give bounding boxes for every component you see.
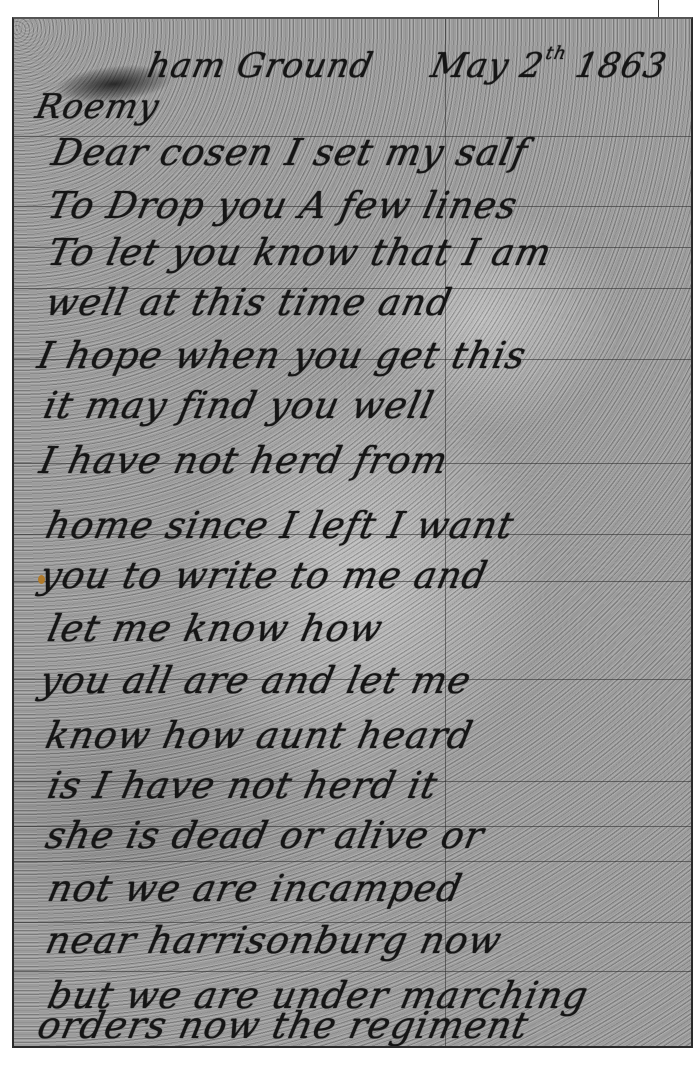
heading-month: May <box>427 46 513 86</box>
body-line: you to write to me and <box>36 554 492 597</box>
body-line: orders now the regiment <box>34 1004 533 1047</box>
body-line: home since I left I want <box>42 504 518 547</box>
ruled-line <box>14 971 691 972</box>
page-corner-mark <box>658 0 659 18</box>
ruled-line <box>14 861 691 862</box>
body-line: you all are and let me <box>36 659 475 702</box>
body-line: know how aunt heard <box>42 714 477 757</box>
heading-day-suffix: th <box>544 43 569 64</box>
heading-place: ham Ground <box>144 46 377 86</box>
body-line: Dear cosen I set my salf <box>48 131 532 174</box>
body-line: To Drop you A few lines <box>44 184 522 227</box>
body-line: I have not herd from <box>36 439 452 482</box>
heading-day: 2 <box>516 46 547 86</box>
body-line: To let you know that I am <box>44 231 556 274</box>
body-line: is I have not herd it <box>44 764 442 807</box>
heading-second-line: Roemy <box>32 87 163 127</box>
letter-page: ham Ground May 2th 1863 Roemy Dear cosen… <box>12 17 693 1048</box>
body-line: not we are incamped <box>44 867 466 910</box>
body-line: let me know how <box>44 607 387 650</box>
body-line: she is dead or alive or <box>42 814 488 857</box>
body-line: it may find you well <box>40 384 438 427</box>
heading-year: 1863 <box>572 46 671 86</box>
body-line: I hope when you get this <box>34 334 530 377</box>
body-line: near harrisonburg now <box>42 919 506 962</box>
letter-heading: ham Ground May 2th 1863 <box>144 43 671 86</box>
body-line: well at this time and <box>42 281 456 324</box>
